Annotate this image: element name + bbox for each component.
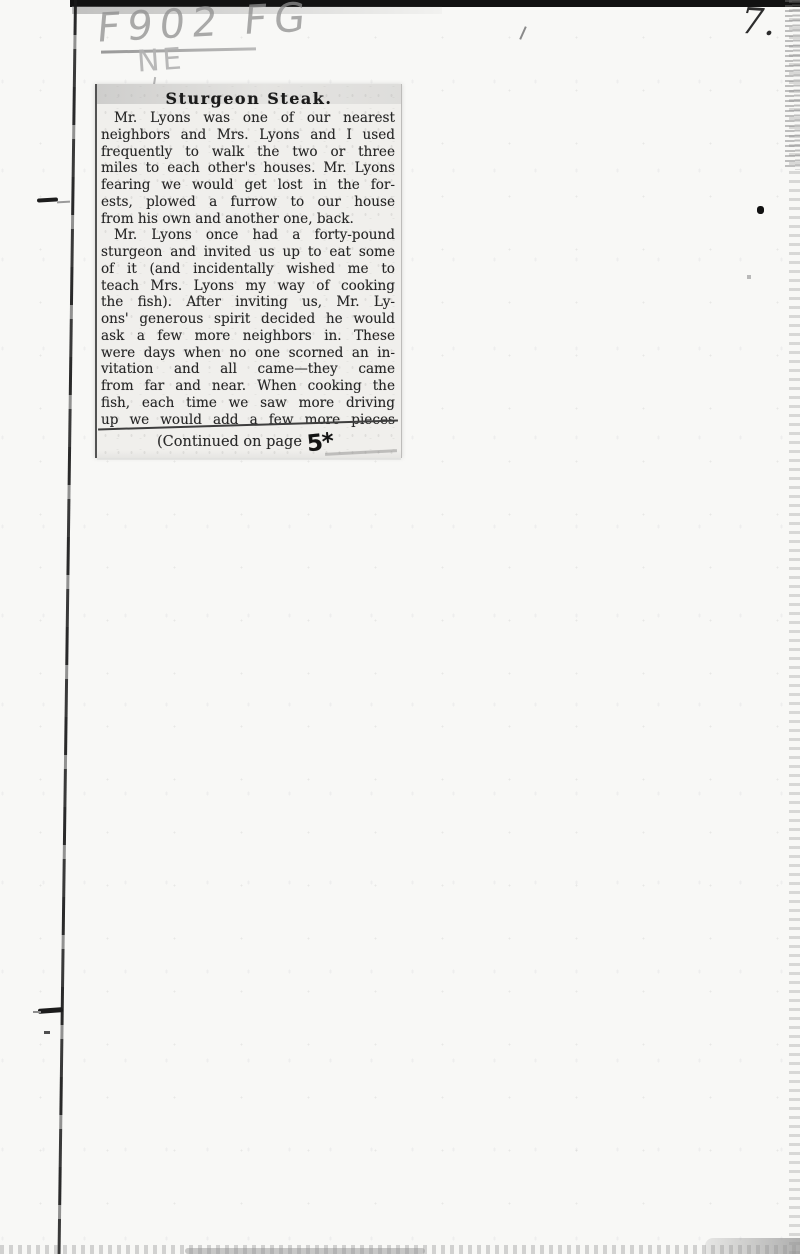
scan-speck (747, 275, 751, 279)
clipping-body: Mr. Lyons was one of our nearestneighbor… (101, 110, 395, 428)
clipping-text-line: from far and near. When cooking the (101, 378, 395, 395)
clipping-text-line: ests, plowed a furrow to our house (101, 194, 395, 211)
handwritten-page-number: 7. (740, 1, 777, 44)
clipping-text-line: vitation and all came—they came (101, 361, 395, 378)
ink-blot (757, 206, 764, 214)
clipping-text-line: miles to each other's houses. Mr. Lyons (101, 160, 395, 177)
clipping-text-line: from his own and another one, back. (101, 211, 395, 228)
stray-pen-stroke (519, 26, 527, 40)
clipping-text-line: teach Mrs. Lyons my way of cooking (101, 278, 395, 295)
margin-dash-mark-tail (57, 201, 70, 204)
page-left-edge-line (57, 0, 76, 1254)
clipping-text-line: ons' generous spirit decided he would (101, 311, 395, 328)
clipping-text-line: sturgeon and invited us up to eat some (101, 244, 395, 261)
clipping-text-line: ask a few more neighbors in. These (101, 328, 395, 345)
clipping-text-line: Mr. Lyons was one of our nearest (101, 110, 395, 127)
clipping-text-line: the fish). After inviting us, Mr. Ly- (101, 294, 395, 311)
clipping-bottom-fade (97, 450, 401, 460)
scan-bottom-smudge (185, 1248, 425, 1254)
clipping-text-line: were days when no one scorned an in- (101, 345, 395, 362)
clipping-text-line: of it (and incidentally wished me to (101, 261, 395, 278)
newspaper-clipping: Sturgeon Steak. Mr. Lyons was one of our… (95, 84, 402, 458)
handwritten-territory-code: NE (136, 41, 186, 79)
clipping-text-line: Mr. Lyons once had a forty-pound (101, 227, 395, 244)
margin-tick-mark (44, 1031, 50, 1034)
clipping-text-line: neighbors and Mrs. Lyons and I used (101, 127, 395, 144)
margin-dash-mark-tail (33, 1011, 41, 1013)
handwritten-catalog-code: F902 FG (95, 0, 314, 52)
margin-dash-mark (38, 1007, 63, 1014)
margin-dash-mark (37, 197, 58, 202)
clipping-text-line: fearing we would get lost in the for- (101, 177, 395, 194)
continuation-printed-text: (Continued on page (157, 434, 302, 450)
scan-right-edge-noise-top (785, 0, 800, 170)
scanned-scrapbook-page: F902 FG NE 7. Sturgeon Steak. Mr. Lyons … (0, 0, 800, 1254)
clipping-text-line: fish, each time we saw more driving (101, 395, 395, 412)
clipping-headline: Sturgeon Steak. (97, 84, 401, 108)
clipping-text-line: frequently to walk the two or three (101, 144, 395, 161)
scan-right-edge-noise (789, 0, 800, 1254)
scan-bottom-right-blob (705, 1238, 800, 1254)
